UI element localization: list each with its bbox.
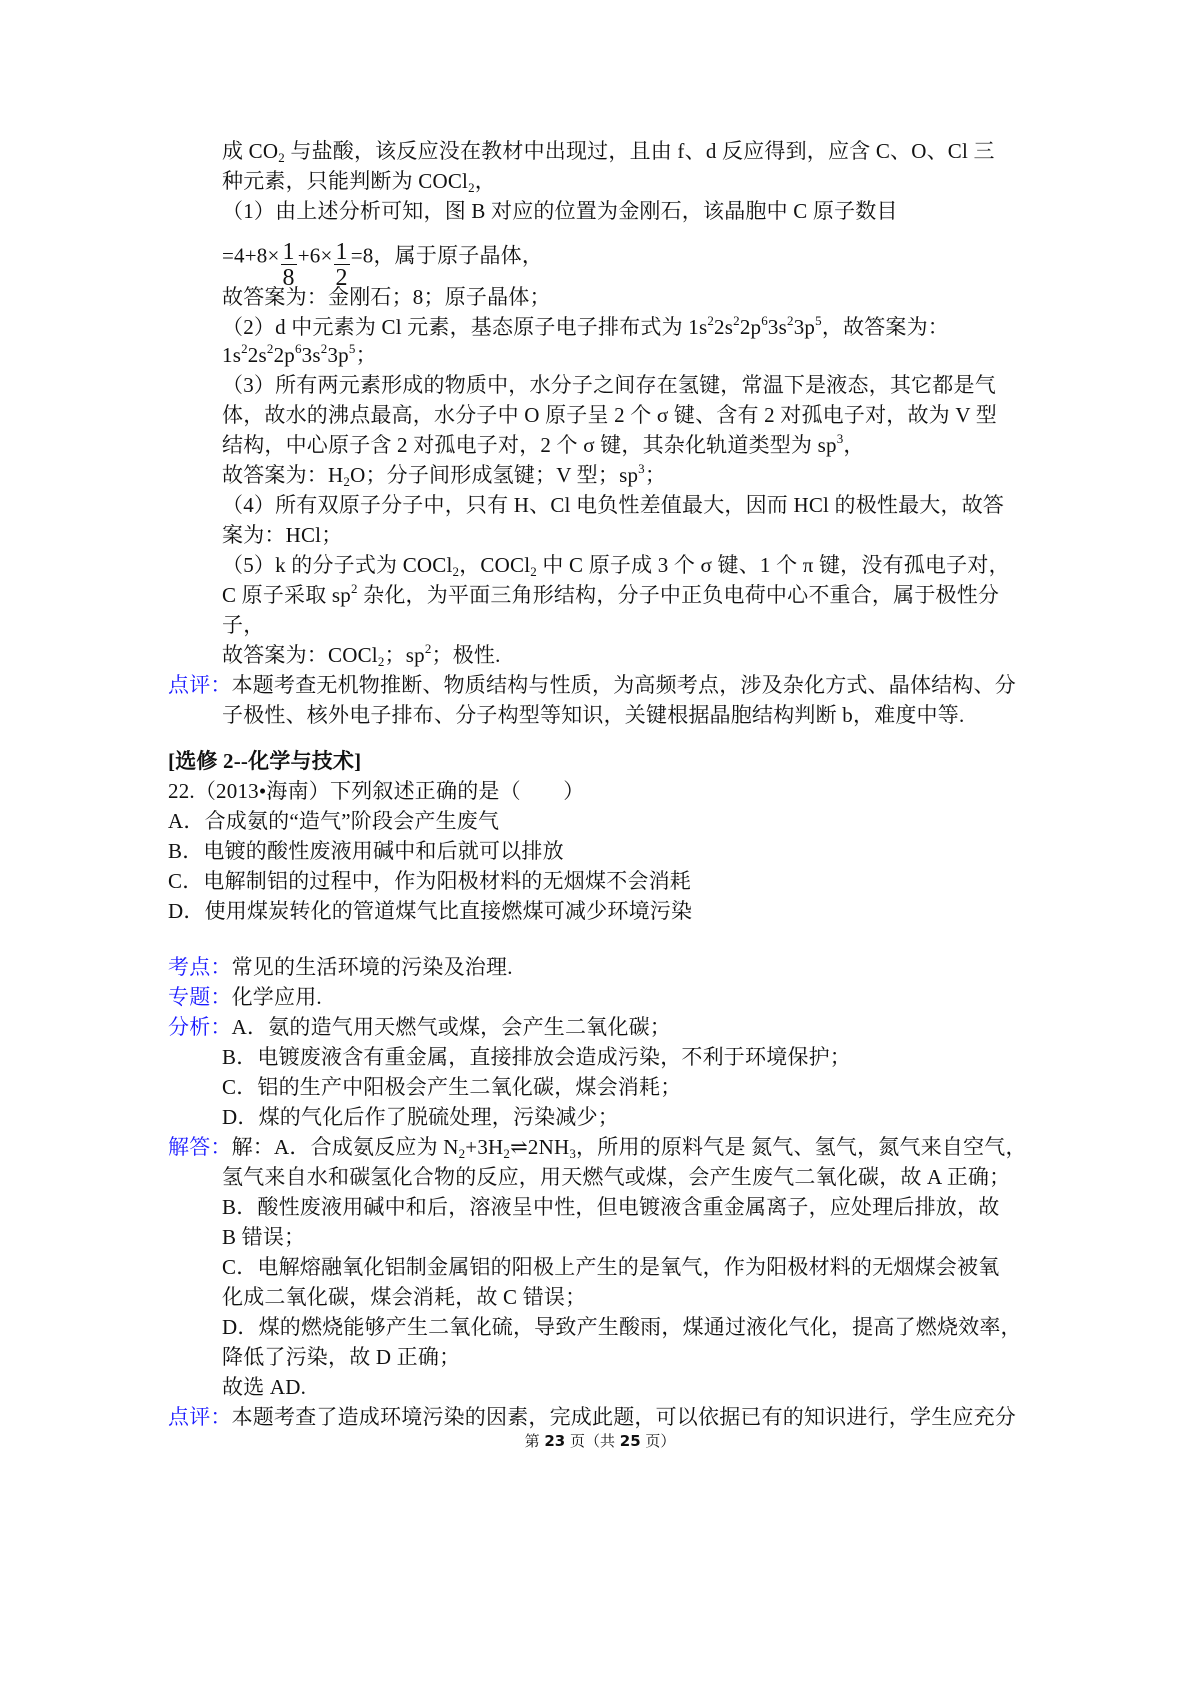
option-b: B．电镀的酸性废液用碱中和后就可以排放: [168, 836, 564, 866]
part3-line2: 体，故水的沸点最高，水分子中 O 原子呈 2 个 σ 键、含有 2 对孤电子对，…: [222, 400, 997, 430]
jieda-line-6: 化成二氧化碳，煤会消耗，故 C 错误；: [222, 1282, 586, 1312]
document-page: 成 CO2 与盐酸，该反应没在教材中出现过，且由 f、d 反应得到，应含 C、O…: [0, 0, 1200, 1698]
intro-line-1: 成 CO2 与盐酸，该反应没在教材中出现过，且由 f、d 反应得到，应含 C、O…: [222, 136, 995, 166]
kaodian-line: 考点：常见的生活环境的污染及治理.: [168, 952, 513, 982]
fenxi-line-3: C．铝的生产中阳极会产生二氧化碳，煤会消耗；: [222, 1072, 681, 1102]
part2-line2: 1s22s22p63s23p5；: [222, 340, 377, 370]
section-title: [选修 2--化学与技术]: [168, 746, 361, 776]
part1-line1: （1）由上述分析可知，图 B 对应的位置为金刚石，该晶胞中 C 原子数目: [222, 196, 898, 226]
jieda-line-1: 解答：解：A．合成氨反应为 N2+3H2⇌2NH3，所用的原料气是 氮气、氢气，…: [168, 1132, 1027, 1162]
part3-answer: 故答案为：H2O；分子间形成氢键；V 型；sp3；: [222, 460, 666, 490]
kaodian-label: 考点：: [168, 955, 232, 979]
jieda-line-9: 故选 AD.: [222, 1372, 306, 1402]
part5-line2: C 原子采取 sp2 杂化，为平面三角形结构，分子中正负电荷中心不重合，属于极性…: [222, 580, 999, 610]
part3-line3: 结构，中心原子含 2 对孤电子对，2 个 σ 键，其杂化轨道类型为 sp3，: [222, 430, 865, 460]
intro-line-2: 种元素，只能判断为 COCl2，: [222, 166, 496, 196]
part1-answer: 故答案为：金刚石；8；原子晶体；: [222, 282, 551, 312]
part5-line1: （5）k 的分子式为 COCl2，COCl2 中 C 原子成 3 个 σ 键、1…: [222, 550, 1010, 580]
jieda-line-5: C．电解熔融氧化铝制金属铝的阳极上产生的是氧气，作为阳极材料的无烟煤会被氧: [222, 1252, 999, 1282]
fenxi-label: 分析：: [168, 1015, 232, 1039]
fenxi-line-2: B．电镀废液含有重金属，直接排放会造成污染，不利于环境保护；: [222, 1042, 851, 1072]
part5-line3: 子，: [222, 610, 264, 640]
comment-label: 点评：: [168, 673, 232, 697]
part3-line1: （3）所有两元素形成的物质中，水分子之间存在氢键，常温下是液态，其它都是气: [222, 370, 996, 400]
part1-formula: =4+8×18+6×12=8，属于原子晶体，: [222, 232, 543, 283]
zhuanti-label: 专题：: [168, 985, 232, 1009]
part4-line1: （4）所有双原子分子中，只有 H、Cl 电负性差值最大，因而 HCl 的极性最大…: [222, 490, 1004, 520]
option-a: A．合成氨的“造气”阶段会产生废气: [168, 806, 499, 836]
option-d: D．使用煤炭转化的管道煤气比直接燃煤可减少环境污染: [168, 896, 692, 926]
jieda-line-4: B 错误；: [222, 1222, 305, 1252]
jieda-line-7: D．煤的燃烧能够产生二氧化硫，导致产生酸雨，煤通过液化气化，提高了燃烧效率，: [222, 1312, 1022, 1342]
part5-answer: 故答案为：COCl2；sp2；极性.: [222, 640, 501, 670]
comment-1-line2: 子极性、核外电子排布、分子构型等知识，关键根据晶胞结构判断 b，难度中等.: [222, 700, 964, 730]
comment-2-line1: 点评：本题考查了造成环境污染的因素，完成此题，可以依据已有的知识进行，学生应充分: [168, 1402, 1016, 1432]
part4-line2: 案为：HCl；: [222, 520, 342, 550]
fenxi-line-1: 分析：A．氨的造气用天燃气或煤，会产生二氧化碳；: [168, 1012, 671, 1042]
jieda-label: 解答：: [168, 1135, 232, 1159]
comment-1-line1: 点评：本题考查无机物推断、物质结构与性质，为高频考点，涉及杂化方式、晶体结构、分: [168, 670, 1016, 700]
zhuanti-line: 专题：化学应用.: [168, 982, 322, 1012]
question-stem: 22.（2013•海南）下列叙述正确的是（ ）: [168, 776, 584, 806]
jieda-line-2: 氢气来自水和碳氢化合物的反应，用天燃气或煤，会产生废气二氧化碳，故 A 正确；: [222, 1162, 1010, 1192]
jieda-line-3: B．酸性废液用碱中和后，溶液呈中性，但电镀液含重金属离子，应处理后排放，故: [222, 1192, 999, 1222]
current-page: 23: [544, 1432, 565, 1450]
page-footer: 第 23 页（共 25 页）: [0, 1430, 1200, 1451]
jieda-line-8: 降低了污染，故 D 正确；: [222, 1342, 460, 1372]
comment-label: 点评：: [168, 1405, 232, 1429]
option-c: C．电解制铝的过程中，作为阳极材料的无烟煤不会消耗: [168, 866, 691, 896]
fenxi-line-4: D．煤的气化后作了脱硫处理，污染减少；: [222, 1102, 619, 1132]
total-pages: 25: [620, 1432, 641, 1450]
part2-line1: （2）d 中元素为 Cl 元素，基态原子电子排布式为 1s22s22p63s23…: [222, 312, 949, 342]
